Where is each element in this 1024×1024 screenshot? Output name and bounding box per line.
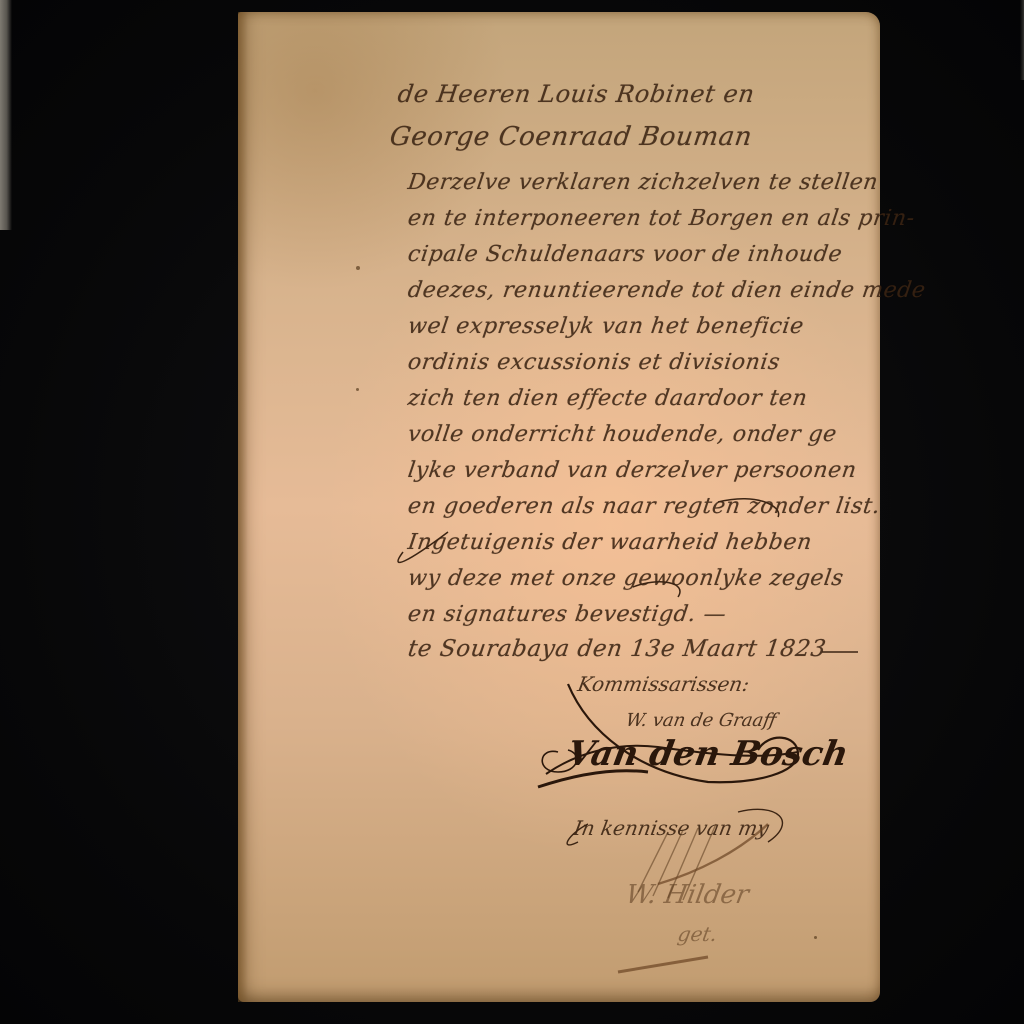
signature-hilder: W. Hilder (623, 880, 751, 910)
binding-edge (238, 12, 248, 1002)
text-line-12: en goederen als naar regten zonder list. (406, 496, 881, 518)
adjacent-page-edge (0, 0, 12, 230)
commissioners-label: Kommissarissen: (576, 672, 751, 696)
text-line-10: volle onderricht houdende, onder ge (406, 424, 838, 446)
text-line-14: wy deze met onze gewoonlyke zegels (406, 568, 845, 590)
text-line-13: Ingetuigenis der waarheid hebben (406, 532, 813, 554)
text-line-9: zich ten dien effecte daardoor ten (406, 388, 808, 410)
date-line: te Sourabaya den 13e Maart 1823 (406, 638, 827, 661)
text-line-15: en signatures bevestigd. — (406, 604, 727, 626)
text-line-5: cipale Schuldenaars voor de inhoude (406, 244, 843, 266)
text-line-1: de Heeren Louis Robinet en (396, 82, 756, 106)
text-line-3: Derzelve verklaren zichzelven te stellen (406, 172, 879, 194)
text-line-6: deezes, renuntieerende tot dien einde me… (406, 280, 927, 302)
text-line-2: George Coenraad Bouman (388, 124, 754, 150)
paper-speck (814, 936, 817, 939)
paper-speck (356, 388, 359, 391)
attestation-text: In kennisse van my (572, 816, 771, 840)
signature-van-den-bosch: Van den Bosch (564, 734, 851, 774)
paper-speck (356, 266, 360, 270)
text-line-11: lyke verband van derzelver persoonen (406, 460, 858, 482)
text-line-7: wel expresselyk van het beneficie (406, 316, 805, 338)
adjacent-edge-right (1020, 0, 1024, 80)
signature-note: get. (676, 922, 719, 946)
text-line-4: en te interponeeren tot Borgen en als pr… (406, 208, 916, 230)
manuscript-page: de Heeren Louis Robinet en George Coenra… (238, 12, 880, 1002)
photo-stage: de Heeren Louis Robinet en George Coenra… (0, 0, 1024, 1024)
text-line-8: ordinis excussionis et divisionis (406, 352, 781, 374)
signature-van-de-graaff: W. van de Graaff (624, 710, 778, 731)
